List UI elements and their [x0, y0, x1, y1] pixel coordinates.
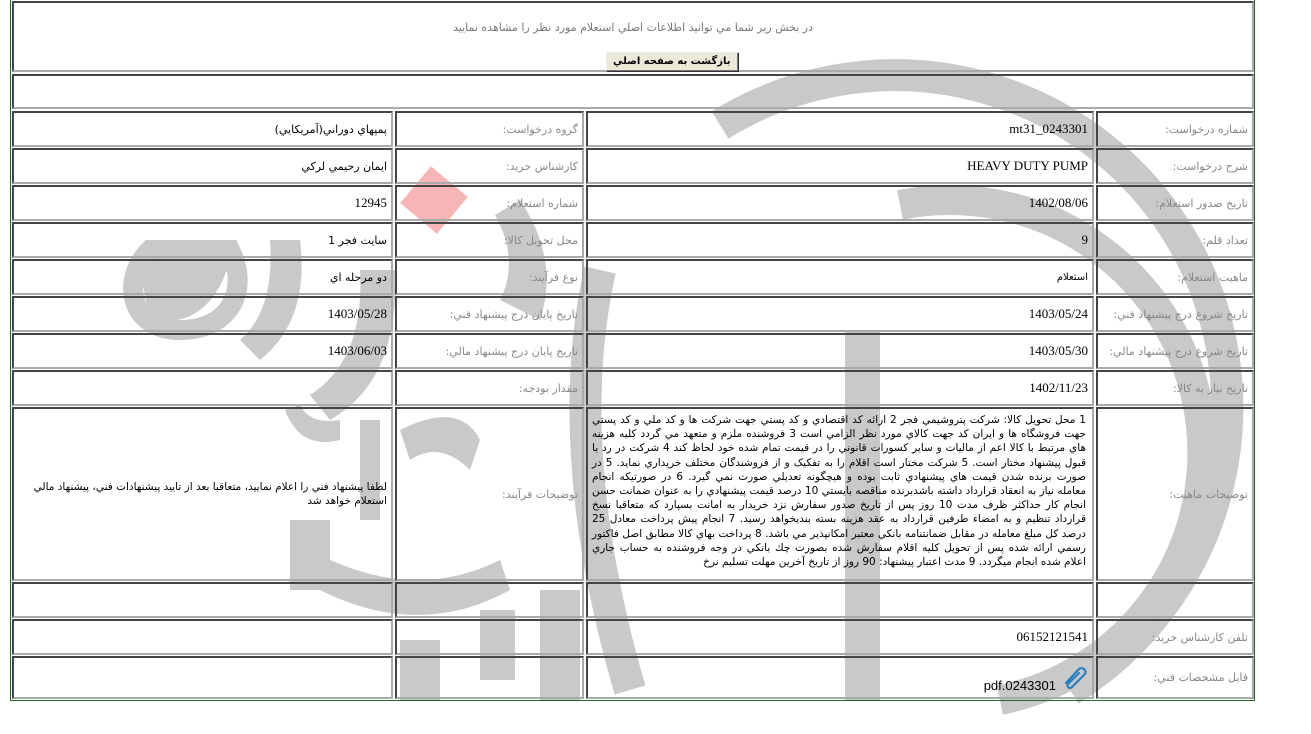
item-count-value: 9	[586, 222, 1094, 258]
technical-offer-end-label: تاريخ پايان درج پيشنهاد فني:	[395, 296, 584, 332]
financial-offer-start-label: تاريخ شروع درج پيشنهاد مالي:	[1096, 333, 1254, 369]
technical-offer-end-value: 1403/05/28	[12, 296, 393, 332]
request-description-value: HEAVY DUTY PUMP	[586, 148, 1094, 184]
technical-spec-file-label: فايل مشخصات فني:	[1096, 656, 1254, 699]
purchase-expert-label: کارشناس خريد:	[395, 148, 584, 184]
purchase-expert-value: ايمان رحيمي لرکي	[12, 148, 393, 184]
purchase-expert-phone-label: تلفن کارشناس خريد:	[1096, 619, 1254, 655]
request-number-label: شماره درخواست:	[1096, 111, 1254, 147]
request-description-label: شرح درخواست:	[1096, 148, 1254, 184]
header-cell: در بخش زير شما مي توانيد اطلاعات اصلي اس…	[12, 1, 1254, 72]
empty-row-label	[1096, 582, 1254, 618]
financial-offer-start-value: 1403/05/30	[586, 333, 1094, 369]
financial-offer-end-value: 1403/06/03	[12, 333, 393, 369]
technical-spec-file-link[interactable]: pdf.0243301	[984, 678, 1056, 693]
inquiry-nature-label: ماهيت استعلام:	[1096, 259, 1254, 295]
phone-row-empty-value	[12, 619, 393, 655]
process-type-value: دو مرحله اي	[12, 259, 393, 295]
paperclip-icon[interactable]	[1060, 663, 1088, 693]
empty-row-value-2	[12, 582, 393, 618]
inquiry-issue-date-label: تاريخ صدور استعلام:	[1096, 185, 1254, 221]
nature-description-value: 1 محل تحويل کالا: شرکت پتروشيمي فجر 2 ار…	[586, 407, 1094, 581]
process-description-label: توضيحات فرآيند:	[395, 407, 584, 581]
process-type-label: نوع فرآيند:	[395, 259, 584, 295]
inquiry-nature-value: استعلام	[586, 259, 1094, 295]
inquiry-number-value: 12945	[12, 185, 393, 221]
file-row-empty-value	[12, 656, 393, 699]
need-date-value: 1402/11/23	[586, 370, 1094, 406]
file-row-empty-label	[395, 656, 584, 699]
technical-offer-start-label: تاريخ شروع درج پيشنهاد فني:	[1096, 296, 1254, 332]
back-to-home-button[interactable]: بازگشت به صفحه اصلي	[606, 52, 738, 71]
delivery-location-value: سايت فجر 1	[12, 222, 393, 258]
intro-text: در بخش زير شما مي توانيد اطلاعات اصلي اس…	[14, 21, 1252, 34]
delivery-location-label: محل تحويل کالا:	[395, 222, 584, 258]
inquiry-issue-date-value: 1402/08/06	[586, 185, 1094, 221]
technical-spec-file-cell: pdf.0243301	[586, 656, 1094, 699]
item-count-label: تعداد قلم:	[1096, 222, 1254, 258]
budget-amount-label: مقدار بودجه:	[395, 370, 584, 406]
empty-row-label-2	[395, 582, 584, 618]
process-description-value: لطفا پيشنهاد فني را اعلام نماييد، متعاقب…	[12, 407, 393, 581]
request-group-label: گروه درخواست:	[395, 111, 584, 147]
phone-row-empty-label	[395, 619, 584, 655]
nature-description-label: توضيحات ماهيت:	[1096, 407, 1254, 581]
empty-row-value	[586, 582, 1094, 618]
spacer-row	[12, 74, 1254, 109]
request-number-value: mt31_0243301	[586, 111, 1094, 147]
inquiry-number-label: شماره استعلام:	[395, 185, 584, 221]
budget-amount-value	[12, 370, 393, 406]
purchase-expert-phone-value: 06152121541	[586, 619, 1094, 655]
financial-offer-end-label: تاريخ پايان درج پيشنهاد مالي:	[395, 333, 584, 369]
need-date-label: تاريخ نياز به کالا:	[1096, 370, 1254, 406]
request-group-value: پمپهاي دوراني(آمريکايي)	[12, 111, 393, 147]
technical-offer-start-value: 1403/05/24	[586, 296, 1094, 332]
